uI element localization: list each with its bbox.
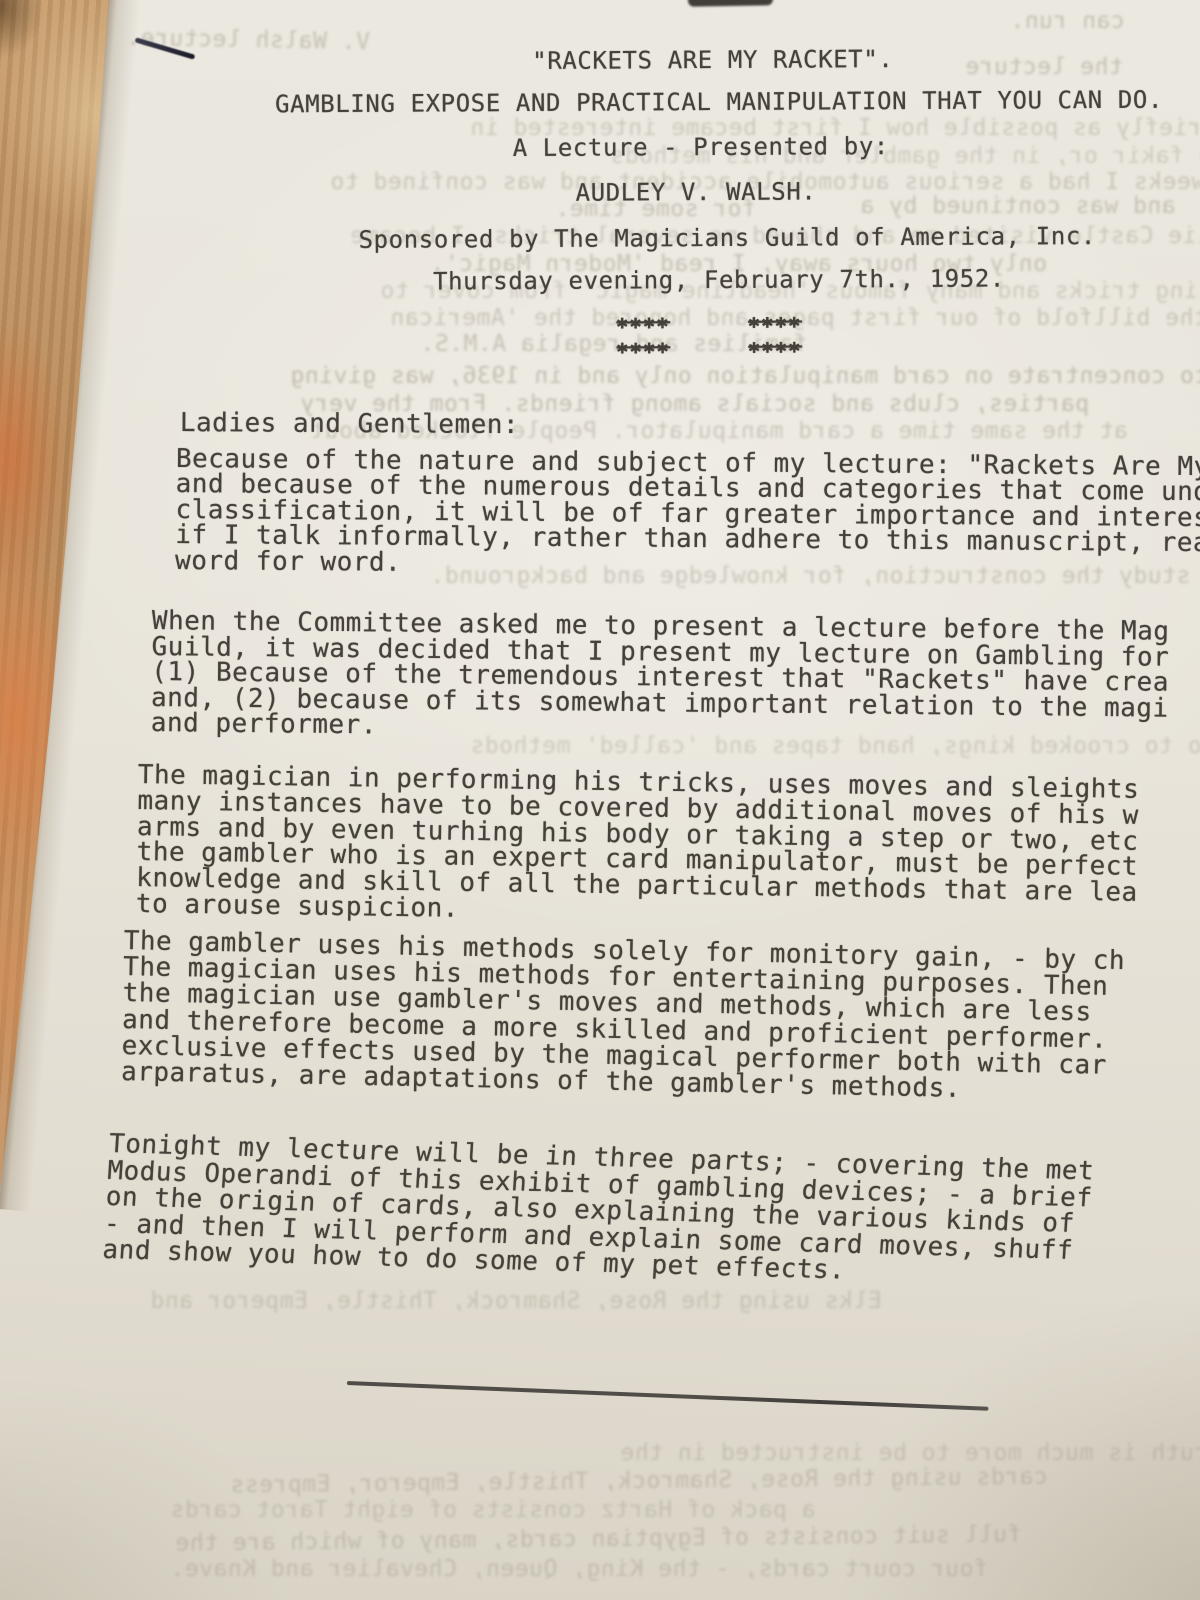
lecture-presented-line: A Lecture - Presented by: — [201, 130, 1200, 163]
paragraph: Tonight my lecture will be in three part… — [102, 1131, 1095, 1291]
bleedthrough-text: four court cards, - the King, Queen, Che… — [170, 1556, 988, 1582]
document-subtitle: GAMBLING EXPOSE AND PRACTICAL MANIPULATI… — [237, 85, 1200, 118]
asterisk-group: ✱✱✱✱ — [616, 336, 670, 358]
hand-drawn-rule-line — [347, 1381, 989, 1411]
bleedthrough-text: full suit consists of Egyptian cards, ma… — [175, 1522, 1022, 1557]
asterisk-ornament-row: ✱✱✱✱✱✱✱✱ — [217, 333, 1200, 360]
date-line: Thursday evening, February 7th., 1952. — [236, 263, 1200, 296]
bleedthrough-text: Elks using the Rose, Shamrock, Thistle, … — [150, 1288, 882, 1314]
salutation: Ladies and Gentlemen: — [180, 408, 519, 440]
asterisk-group: ✱✱✱✱ — [748, 336, 802, 358]
paper-content: V. Walsh lecture. can run. the lecture w… — [0, 0, 1200, 1600]
asterisk-ornament-row: ✱✱✱✱✱✱✱✱ — [217, 308, 1200, 335]
sponsor-line: Sponsored by The Magicians Guild of Amer… — [253, 221, 1200, 254]
paragraph: When the Committee asked me to present a… — [151, 609, 1170, 748]
presenter-name: AUDLEY V. WALSH. — [191, 175, 1200, 208]
bleedthrough-text: can run. — [1010, 8, 1125, 34]
bleedthrough-text: the truth is much more to be instructed … — [620, 1440, 1200, 1466]
paragraph: The magician in performing his tricks, u… — [136, 763, 1140, 933]
asterisk-group: ✱✱✱✱ — [616, 311, 670, 333]
bleedthrough-text: a pack of Hartz consists of eight Tarot … — [170, 1497, 816, 1523]
bleedthrough-text: cards using the Rose, Shamrock, Thistle,… — [230, 1464, 1048, 1499]
document-title: "RACKETS ARE MY RACKET". — [225, 43, 1200, 76]
bleedthrough-text: to concentrate on card manipulation only… — [290, 363, 1200, 389]
paragraph: The gambler uses his methods solely for … — [121, 928, 1125, 1105]
photo-of-typewritten-document: V. Walsh lecture. can run. the lecture w… — [0, 0, 1200, 1600]
paragraph: Because of the nature and subject of my … — [175, 447, 1200, 582]
asterisk-group: ✱✱✱✱ — [748, 311, 802, 333]
top-edge-smudge — [688, 0, 773, 7]
